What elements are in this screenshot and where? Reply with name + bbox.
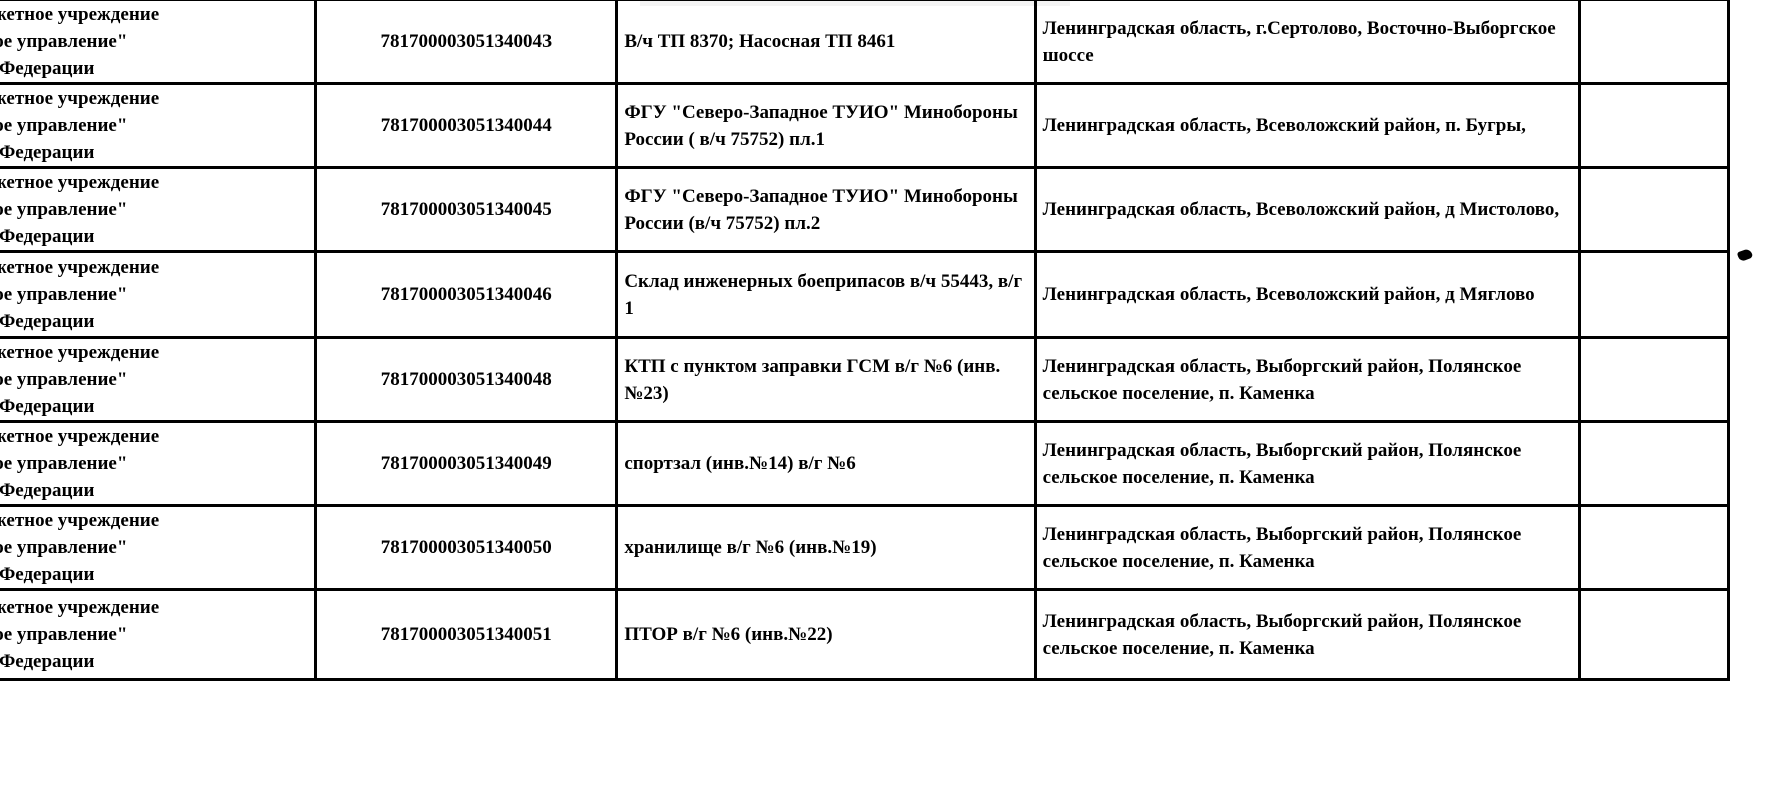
extra-cell — [1579, 422, 1728, 506]
table-row: ...джетное учреждение...ное управление".… — [0, 422, 1729, 506]
table-row: ...джетное учреждение...ное управление".… — [0, 590, 1729, 680]
property-table: ...джетное учреждение...ное управление".… — [0, 0, 1730, 681]
object-cell: В/ч ТП 8370; Насосная ТП 8461 — [617, 0, 1035, 84]
object-cell: ФГУ "Северо-Западное ТУИО" Минобороны Ро… — [617, 84, 1035, 168]
table-row: ...джетное учреждение...ное управление".… — [0, 84, 1729, 168]
scan-artifact-mark — [1737, 248, 1754, 262]
cadastral-number-cell: 781700003051340046 — [316, 252, 617, 338]
address-cell: Ленинградская область, Всеволожский райо… — [1035, 84, 1579, 168]
table-row: ...джетное учреждение...ное управление".… — [0, 0, 1729, 84]
address-cell: Ленинградская область, Выборгский район,… — [1035, 506, 1579, 590]
organization-cell: ...джетное учреждение...ное управление".… — [0, 422, 316, 506]
object-cell: КТП с пунктом заправки ГСМ в/г №6 (инв.№… — [617, 338, 1035, 422]
cadastral-number-cell: 78170000305134004З — [316, 0, 617, 84]
table-row: ...джетное учреждение...ное управление".… — [0, 168, 1729, 252]
object-cell: ПТОР в/г №6 (инв.№22) — [617, 590, 1035, 680]
table-row: ...джетное учреждение...ное управление".… — [0, 252, 1729, 338]
extra-cell — [1579, 590, 1728, 680]
address-cell: Ленинградская область, Выборгский район,… — [1035, 338, 1579, 422]
organization-cell: ...джетное учреждение...ное управление".… — [0, 84, 316, 168]
extra-cell — [1579, 506, 1728, 590]
cadastral-number-cell: 781700003051340050 — [316, 506, 617, 590]
cadastral-number-cell: 781700003051340048 — [316, 338, 617, 422]
extra-cell — [1579, 168, 1728, 252]
organization-cell: ...джетное учреждение...ное управление".… — [0, 590, 316, 680]
organization-cell: ...джетное учреждение...ное управление".… — [0, 506, 316, 590]
object-cell: спортзал (инв.№14) в/г №6 — [617, 422, 1035, 506]
extra-cell — [1579, 84, 1728, 168]
extra-cell — [1579, 0, 1728, 84]
object-cell: хранилище в/г №6 (инв.№19) — [617, 506, 1035, 590]
cadastral-number-cell: 781700003051340044 — [316, 84, 617, 168]
address-cell: Ленинградская область, Выборгский район,… — [1035, 590, 1579, 680]
cadastral-number-cell: 781700003051340045 — [316, 168, 617, 252]
organization-cell: ...джетное учреждение...ное управление".… — [0, 252, 316, 338]
extra-cell — [1579, 338, 1728, 422]
scanned-document-page: ...джетное учреждение...ное управление".… — [0, 0, 1770, 791]
table-row: ...джетное учреждение...ное управление".… — [0, 506, 1729, 590]
address-cell: Ленинградская область, Всеволожский райо… — [1035, 252, 1579, 338]
object-cell: ФГУ "Северо-Западное ТУИО" Минобороны Ро… — [617, 168, 1035, 252]
table-row: ...джетное учреждение...ное управление".… — [0, 338, 1729, 422]
address-cell: Ленинградская область, Выборгский район,… — [1035, 422, 1579, 506]
cadastral-number-cell: 781700003051340049 — [316, 422, 617, 506]
organization-cell: ...джетное учреждение...ное управление".… — [0, 168, 316, 252]
cadastral-number-cell: 781700003051340051 — [316, 590, 617, 680]
address-cell: Ленинградская область, г.Сертолово, Вост… — [1035, 0, 1579, 84]
object-cell: Склад инженерных боеприпасов в/ч 55443, … — [617, 252, 1035, 338]
organization-cell: ...джетное учреждение...ное управление".… — [0, 0, 316, 84]
extra-cell — [1579, 252, 1728, 338]
address-cell: Ленинградская область, Всеволожский райо… — [1035, 168, 1579, 252]
organization-cell: ...джетное учреждение...ное управление".… — [0, 338, 316, 422]
